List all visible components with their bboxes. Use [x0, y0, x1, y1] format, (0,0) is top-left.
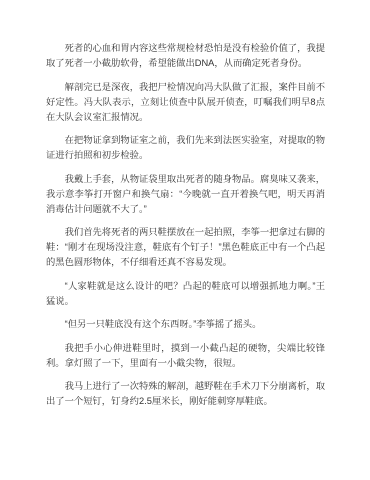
- paragraph-3: 在把物证拿到物证室之前，我们先来到法医实验室，对提取的物证进行拍照和初步检验。: [46, 133, 325, 163]
- paragraph-7: “但另一只鞋底没有这个东西呀。”李筝摇了摇头。: [46, 317, 325, 332]
- paragraph-4: 我戴上手套，从物证袋里取出死者的随身物品。腐臭味又袭来，我示意李筝打开窗户和换气…: [46, 172, 325, 217]
- paragraph-1: 死者的心血和胃内容这些常规检材恐怕是没有检验价值了，我提取了死者一小截肋软骨，希…: [46, 41, 325, 71]
- paragraph-5: 我们首先将死者的两只鞋摆放在一起拍照，李筝一把拿过右脚的鞋：“刚才在现场没注意，…: [46, 225, 325, 270]
- paragraph-2: 解剖完已是深夜，我把尸检情况向冯大队做了汇报，案件目前不好定性。冯大队表示，立刻…: [46, 80, 325, 125]
- paragraph-8: 我把手小心伸进鞋里时，摸到一小截凸起的硬物，尖端比较锋利。拿灯照了一下，里面有一…: [46, 341, 325, 371]
- paragraph-9: 我马上进行了一次特殊的解剖，越野鞋在手术刀下分崩离析，取出了一个短钉，钉身约2.…: [46, 379, 325, 409]
- page-text: 死者的心血和胃内容这些常规检材恐怕是没有检验价值了，我提取了死者一小截肋软骨，希…: [46, 41, 325, 409]
- document-page: 死者的心血和胃内容这些常规检材恐怕是没有检验价值了，我提取了死者一小截肋软骨，希…: [0, 0, 370, 480]
- paragraph-6: “人家鞋就是这么设计的吧？凸起的鞋底可以增强抓地力啊。”王猛说。: [46, 279, 325, 309]
